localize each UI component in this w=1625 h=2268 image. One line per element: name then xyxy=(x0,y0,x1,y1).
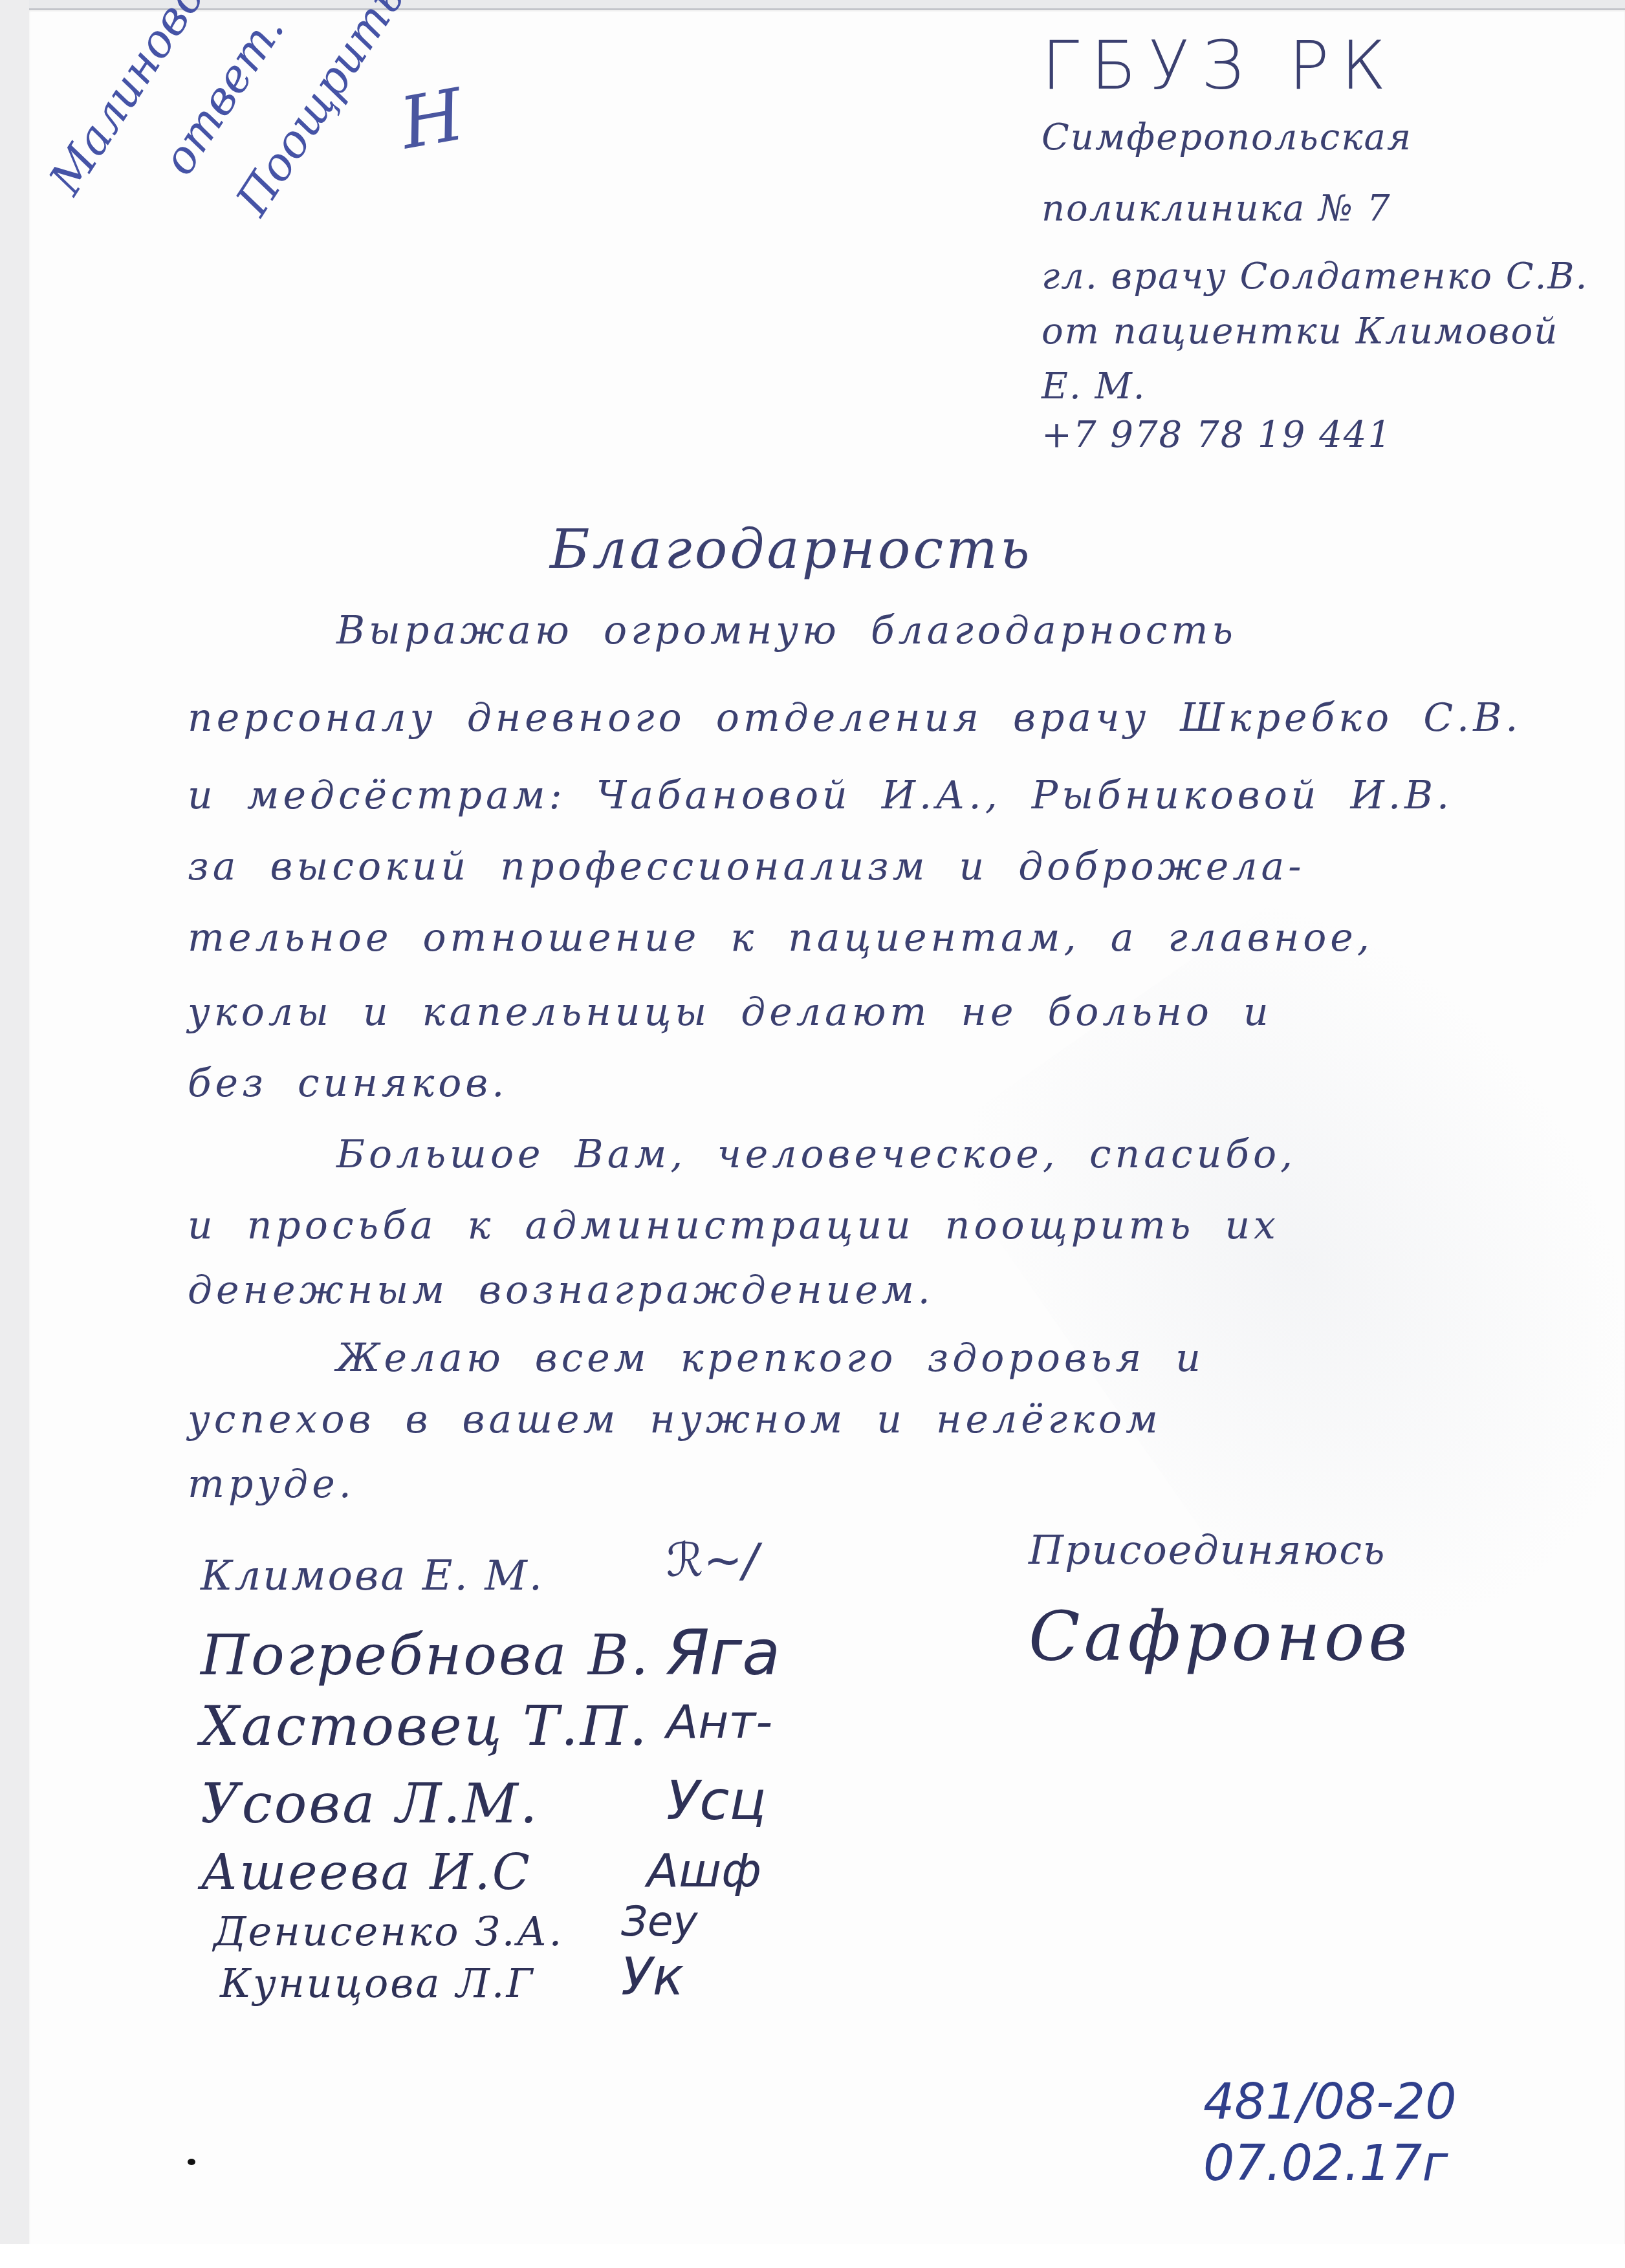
scan-border-bottom xyxy=(0,2244,1625,2268)
header-line-4: от пациентки Климовой xyxy=(1042,310,1558,352)
signature-mark: Зеу xyxy=(621,1898,697,1946)
body-line: Желаю всем крепкого здоровья и xyxy=(336,1335,1205,1381)
signature-mark: ℛ~/ xyxy=(666,1533,758,1587)
body-line: труде. xyxy=(188,1462,355,1507)
signer-name: Погребнова В. xyxy=(201,1623,650,1688)
signature-mark: Ашф xyxy=(647,1843,761,1897)
header-line-5: Е. М. xyxy=(1042,365,1146,407)
body-line: персоналу дневного отделения врачу Шкреб… xyxy=(188,695,1521,740)
signer-name: Куницова Л.Г xyxy=(220,1960,535,2007)
signature-mark: Усц xyxy=(666,1769,767,1832)
body-line: Большое Вам, человеческое, спасибо, xyxy=(336,1132,1296,1177)
signer-name: Климова Е. М. xyxy=(201,1552,544,1600)
body-line: без синяков. xyxy=(188,1061,508,1106)
body-line: уколы и капельницы делают не больно и xyxy=(188,989,1272,1035)
joined-label: Присоединяюсь xyxy=(1029,1526,1386,1573)
signature-mark: Ук xyxy=(621,1947,684,2007)
signer-name: Ашеева И.С xyxy=(201,1843,532,1901)
signer-name: Денисенко З.А. xyxy=(213,1908,563,1955)
header-line-2: поликлиника № 7 xyxy=(1042,188,1391,230)
body-line: денежным вознаграждением. xyxy=(188,1268,934,1313)
header-phone: +7 978 78 19 441 xyxy=(1042,414,1392,456)
ink-dot xyxy=(188,2159,195,2165)
document-title: Благодарность xyxy=(550,517,1032,581)
signer-name: Хастовец Т.П. xyxy=(201,1694,649,1758)
body-line: Выражаю огромную благодарность xyxy=(336,608,1237,653)
body-line: успехов в вашем нужном и нелёгком xyxy=(188,1397,1162,1442)
signer-name: Усова Л.М. xyxy=(201,1772,540,1835)
joined-signer-name: Сафронов xyxy=(1029,1597,1412,1676)
registration-date: 07.02.17г xyxy=(1203,2134,1448,2192)
signature-mark: Ант- xyxy=(666,1694,772,1749)
header-line-1: Симферопольская xyxy=(1042,116,1412,158)
registration-number: 481/08-20 xyxy=(1203,2073,1457,2130)
body-line: тельное отношение к пациентам, а главное… xyxy=(188,915,1373,960)
body-line: за высокий профессионализм и доброжела- xyxy=(188,844,1305,889)
org-abbreviation: ГБУЗ РК xyxy=(1042,26,1398,105)
header-line-3: гл. врачу Солдатенко С.В. xyxy=(1042,255,1588,297)
signature-mark: Яга xyxy=(666,1617,780,1689)
body-line: и просьба к администрации поощрить их xyxy=(188,1203,1280,1248)
body-line: и медсёстрам: Чабановой И.А., Рыбниковой… xyxy=(188,773,1453,818)
scan-border-left xyxy=(0,0,29,2244)
